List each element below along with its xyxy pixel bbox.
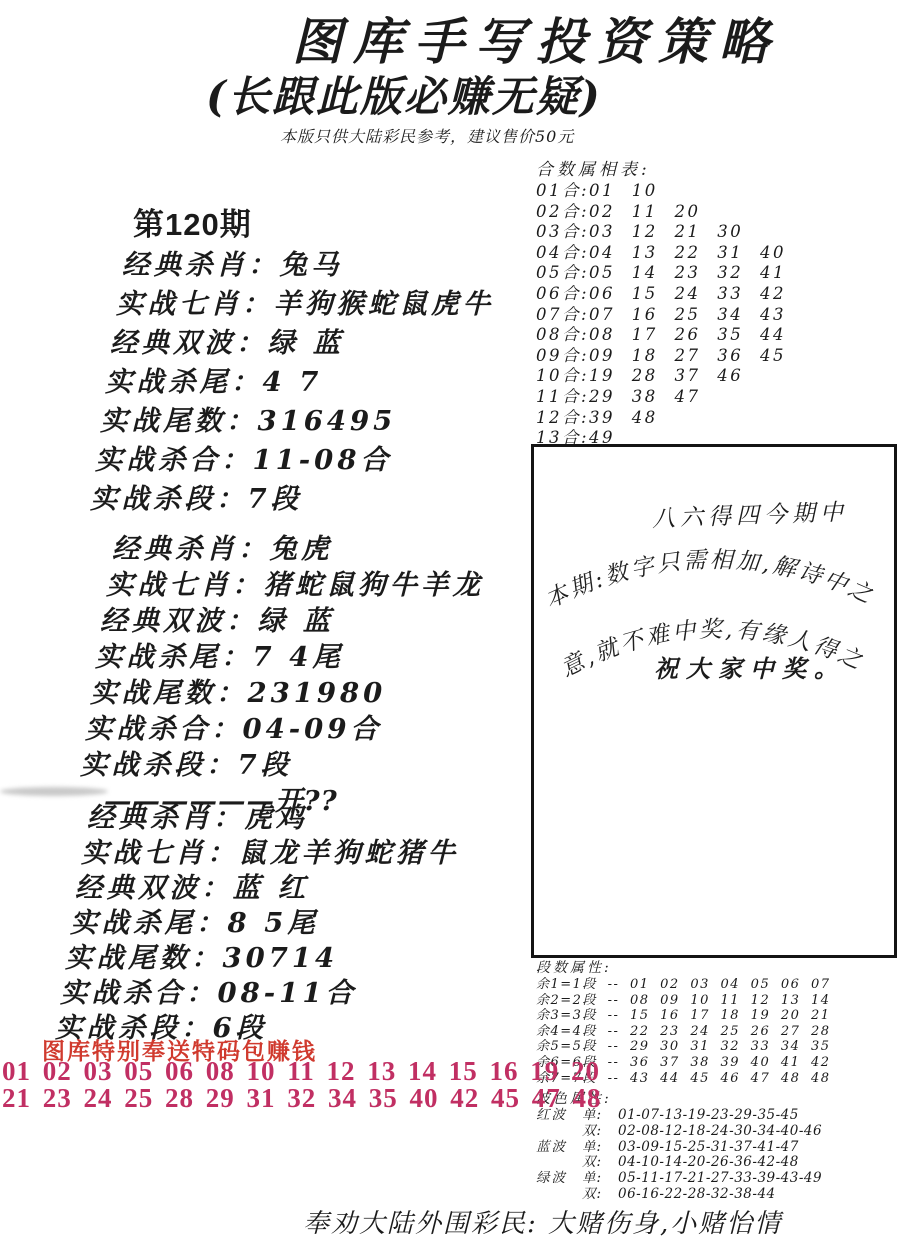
ink-smudge	[0, 787, 108, 796]
message-box-closing: 祝大家中奖。	[654, 649, 846, 684]
svg-text:本期:数字只需相加,解诗中之: 本期:数字只需相加,解诗中之	[541, 547, 878, 613]
wave-parity-label: 双:	[582, 1155, 618, 1171]
special-numbers-line-2: 21 23 24 25 28 29 31 32 34 35 40 42 45 4…	[2, 1083, 602, 1114]
wave-parity-label: 单:	[582, 1171, 618, 1187]
wave-color-row: 蓝波 单: 03-09-15-25-31-37-41-47	[536, 1140, 822, 1156]
wave-numbers: 04-10-14-20-26-36-42-48	[618, 1155, 799, 1171]
issue-number: 第120期	[133, 199, 252, 244]
prediction-line: 实战杀段：7段	[90, 480, 494, 519]
prediction-line: 实战七肖：羊狗猴蛇鼠虎牛	[116, 285, 494, 324]
page-subtitle: (长跟此版必赚无疑)	[206, 64, 602, 124]
wave-color-row: 双: 04-10-14-20-26-36-42-48	[536, 1155, 822, 1171]
wave-parity-label: 单:	[582, 1140, 618, 1156]
prediction-block-2: 经典杀肖：兔虎实战七肖：猪蛇鼠狗牛羊龙经典双波：绿 蓝实战杀尾：7 4尾实战尾数…	[80, 531, 484, 819]
prediction-line: 经典双波：绿 蓝	[110, 324, 494, 363]
wave-color-table-rows: 红波 单: 01-07-13-19-23-29-35-45 双: 02-08-1…	[536, 1108, 822, 1203]
wave-parity-label: 双:	[582, 1187, 618, 1203]
footer-advice: 奉劝大陆外围彩民: 大赌伤身,小赌怡情	[303, 1203, 782, 1240]
message-box: 八六得四今期中 本期:数字只需相加,解诗中之 意,就不难中奖,有缘人得之 祝大家…	[531, 444, 897, 958]
sum-zodiac-row: 09合:09 18 27 36 45	[536, 346, 786, 367]
sum-zodiac-row: 04合:04 13 22 31 40	[536, 243, 786, 264]
prediction-line: 实战七肖：猪蛇鼠狗牛羊龙	[106, 567, 484, 603]
wave-numbers: 02-08-12-18-24-30-34-40-46	[618, 1124, 822, 1140]
sum-zodiac-table-title: 合数属相表:	[536, 160, 786, 181]
prediction-line: 实战杀段：7段	[80, 747, 484, 783]
wave-numbers: 06-16-22-28-32-38-44	[618, 1187, 776, 1203]
prediction-line: 经典双波：蓝 红	[75, 871, 459, 906]
wave-color-label: 绿波	[536, 1171, 582, 1187]
sum-zodiac-row: 05合:05 14 23 32 41	[536, 263, 786, 284]
sum-zodiac-row: 10合:19 28 37 46	[536, 366, 786, 387]
wave-parity-label: 双:	[582, 1124, 618, 1140]
prediction-line: 实战尾数：30714	[65, 941, 459, 976]
lottery-tip-sheet: 图库手写投资策略 (长跟此版必赚无疑) 本版只供大陆彩民参考，建议售价50元 合…	[0, 0, 900, 1241]
prediction-line: 实战杀尾：7 4尾	[95, 639, 484, 675]
wave-color-row: 绿波 单: 05-11-17-21-27-33-39-43-49	[536, 1171, 822, 1187]
segment-row: 余4=4段 -- 22 23 24 25 26 27 28	[536, 1024, 831, 1040]
sum-zodiac-row: 01合:01 10	[536, 181, 786, 202]
prediction-line: 实战杀尾：4 7	[105, 363, 494, 402]
message-box-line1: 八六得四今期中	[651, 494, 848, 534]
wave-color-label: 蓝波	[536, 1140, 582, 1156]
sum-zodiac-row: 08合:08 17 26 35 44	[536, 325, 786, 346]
prediction-line: 经典杀肖：兔虎	[112, 531, 484, 567]
prediction-block-3: 经典杀肖：虎鸡实战七肖：鼠龙羊狗蛇猪牛经典双波：蓝 红实战杀尾：8 5尾实战尾数…	[55, 801, 459, 1046]
sum-zodiac-table-rows: 01合:01 1002合:02 11 2003合:03 12 21 3004合:…	[536, 181, 786, 449]
wave-color-label	[536, 1124, 582, 1140]
prediction-line: 实战杀合：08-11合	[60, 976, 459, 1011]
segment-row: 余5=5段 -- 29 30 31 32 33 34 35	[536, 1039, 831, 1055]
sum-zodiac-row: 12合:39 48	[536, 408, 786, 429]
wave-color-label	[536, 1187, 582, 1203]
prediction-line: 实战尾数：231980	[90, 675, 484, 711]
prediction-line: 经典双波：绿 蓝	[100, 603, 484, 639]
sum-zodiac-row: 07合:07 16 25 34 43	[536, 305, 786, 326]
prediction-line: 经典杀肖：兔马	[122, 246, 494, 285]
header-note: 本版只供大陆彩民参考，建议售价50元	[280, 124, 574, 147]
prediction-line: 实战七肖：鼠龙羊狗蛇猪牛	[81, 836, 459, 871]
wave-numbers: 01-07-13-19-23-29-35-45	[618, 1108, 799, 1124]
wave-color-row: 双: 06-16-22-28-32-38-44	[536, 1187, 822, 1203]
sum-zodiac-row: 03合:03 12 21 30	[536, 222, 786, 243]
prediction-line: 实战杀合：11-08合	[95, 441, 494, 480]
sum-zodiac-row: 02合:02 11 20	[536, 202, 786, 223]
prediction-line: 实战杀合：04-09合	[85, 711, 484, 747]
prediction-block-1: 经典杀肖：兔马实战七肖：羊狗猴蛇鼠虎牛经典双波：绿 蓝实战杀尾：4 7实战尾数：…	[90, 246, 494, 519]
wave-color-label	[536, 1155, 582, 1171]
sum-zodiac-row: 11合:29 38 47	[536, 387, 786, 408]
segment-row: 余3=3段 -- 15 16 17 18 19 20 21	[536, 1008, 831, 1024]
wave-numbers: 03-09-15-25-31-37-41-47	[618, 1140, 799, 1156]
wave-numbers: 05-11-17-21-27-33-39-43-49	[618, 1171, 822, 1187]
wave-color-row: 双: 02-08-12-18-24-30-34-40-46	[536, 1124, 822, 1140]
segment-row: 余1=1段 -- 01 02 03 04 05 06 07	[536, 977, 831, 993]
segment-row: 余2=2段 -- 08 09 10 11 12 13 14	[536, 993, 831, 1009]
prediction-line: 实战杀尾：8 5尾	[70, 906, 459, 941]
segment-table-title: 段数属性:	[536, 960, 831, 977]
sum-zodiac-row: 06合:06 15 24 33 42	[536, 284, 786, 305]
prediction-line: 经典杀肖：虎鸡	[87, 801, 459, 836]
prediction-line: 实战尾数：316495	[100, 402, 494, 441]
sum-zodiac-table: 合数属相表: 01合:01 1002合:02 11 2003合:03 12 21…	[536, 160, 786, 449]
